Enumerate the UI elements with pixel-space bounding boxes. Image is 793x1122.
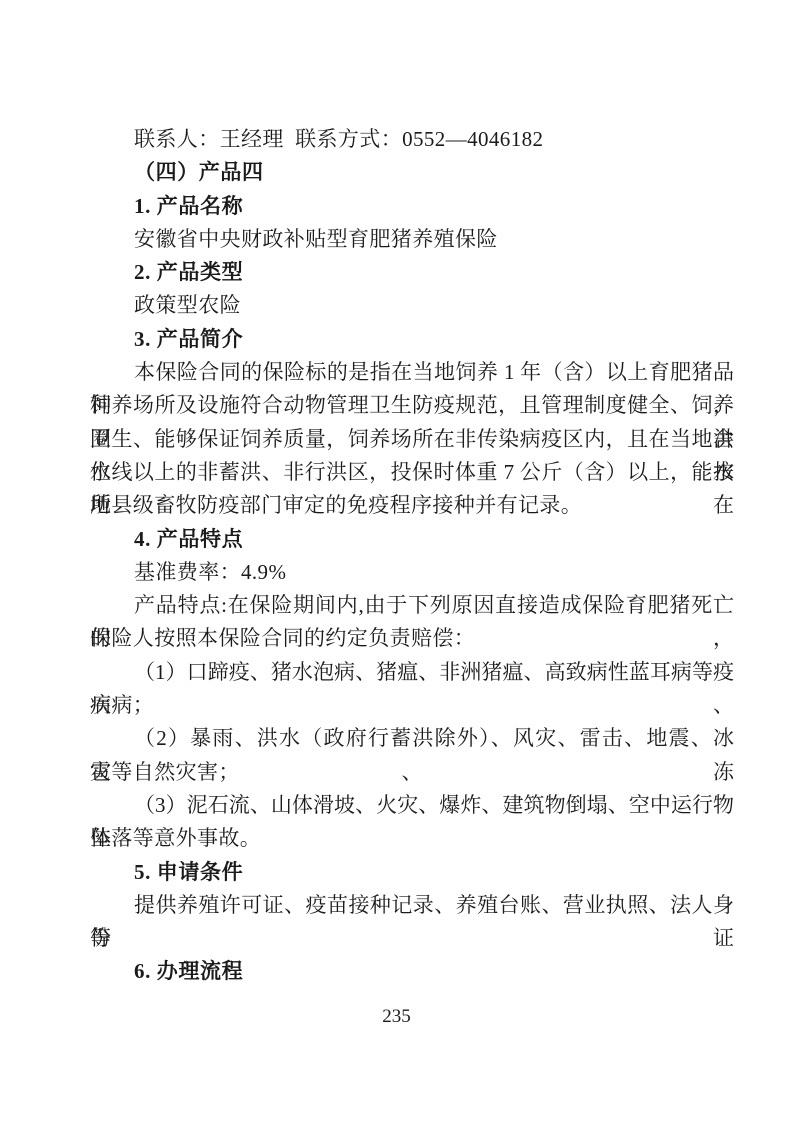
text-line: 位线以上的非蓄洪、非行洪区，投保时体重 7 公斤（含）以上，能按所在: [90, 456, 734, 489]
document-page: 联系人：王经理 联系方式：0552—4046182（四）产品四1. 产品名称安徽…: [0, 0, 793, 1122]
page-body: 联系人：王经理 联系方式：0552—4046182（四）产品四1. 产品名称安徽…: [90, 123, 734, 989]
text-line: （2）暴雨、洪水（政府行蓄洪除外）、风灾、雷击、地震、冰雹、冻: [90, 722, 734, 755]
text-line: 安徽省中央财政补贴型育肥猪养殖保险: [90, 223, 734, 256]
heading-line: 1. 产品名称: [90, 190, 734, 223]
text-line: 提供养殖许可证、疫苗接种记录、养殖台账、营业执照、法人身份证: [90, 889, 734, 922]
heading-line: 2. 产品类型: [90, 256, 734, 289]
text-line: 坠落等意外事故。: [90, 822, 734, 855]
text-line: 卫生、能够保证饲养质量，饲养场所在非传染病疫区内，且在当地洪水水: [90, 423, 734, 456]
page-number: 235: [0, 1004, 793, 1030]
text-line: 产品特点:在保险期间内,由于下列原因直接造成保险育肥猪死亡的，: [90, 589, 734, 622]
text-line: （3）泥石流、山体滑坡、火灾、爆炸、建筑物倒塌、空中运行物体: [90, 789, 734, 822]
heading-line: 5. 申请条件: [90, 856, 734, 889]
text-line: 政策型农险: [90, 289, 734, 322]
heading-line: 6. 办理流程: [90, 955, 734, 988]
text-line: 本保险合同的保险标的是指在当地饲养 1 年（含）以上育肥猪品种，: [90, 356, 734, 389]
heading-line: （四）产品四: [90, 156, 734, 189]
text-line: 基准费率：4.9%: [90, 556, 734, 589]
heading-line: 4. 产品特点: [90, 523, 734, 556]
text-line: 饲养场所及设施符合动物管理卫生防疫规范，且管理制度健全、饲养圈舍: [90, 389, 734, 422]
text-line: （1）口蹄疫、猪水泡病、猪瘟、非洲猪瘟、高致病性蓝耳病等疫病、: [90, 656, 734, 689]
text-line: 联系人：王经理 联系方式：0552—4046182: [90, 123, 734, 156]
heading-line: 3. 产品简介: [90, 323, 734, 356]
